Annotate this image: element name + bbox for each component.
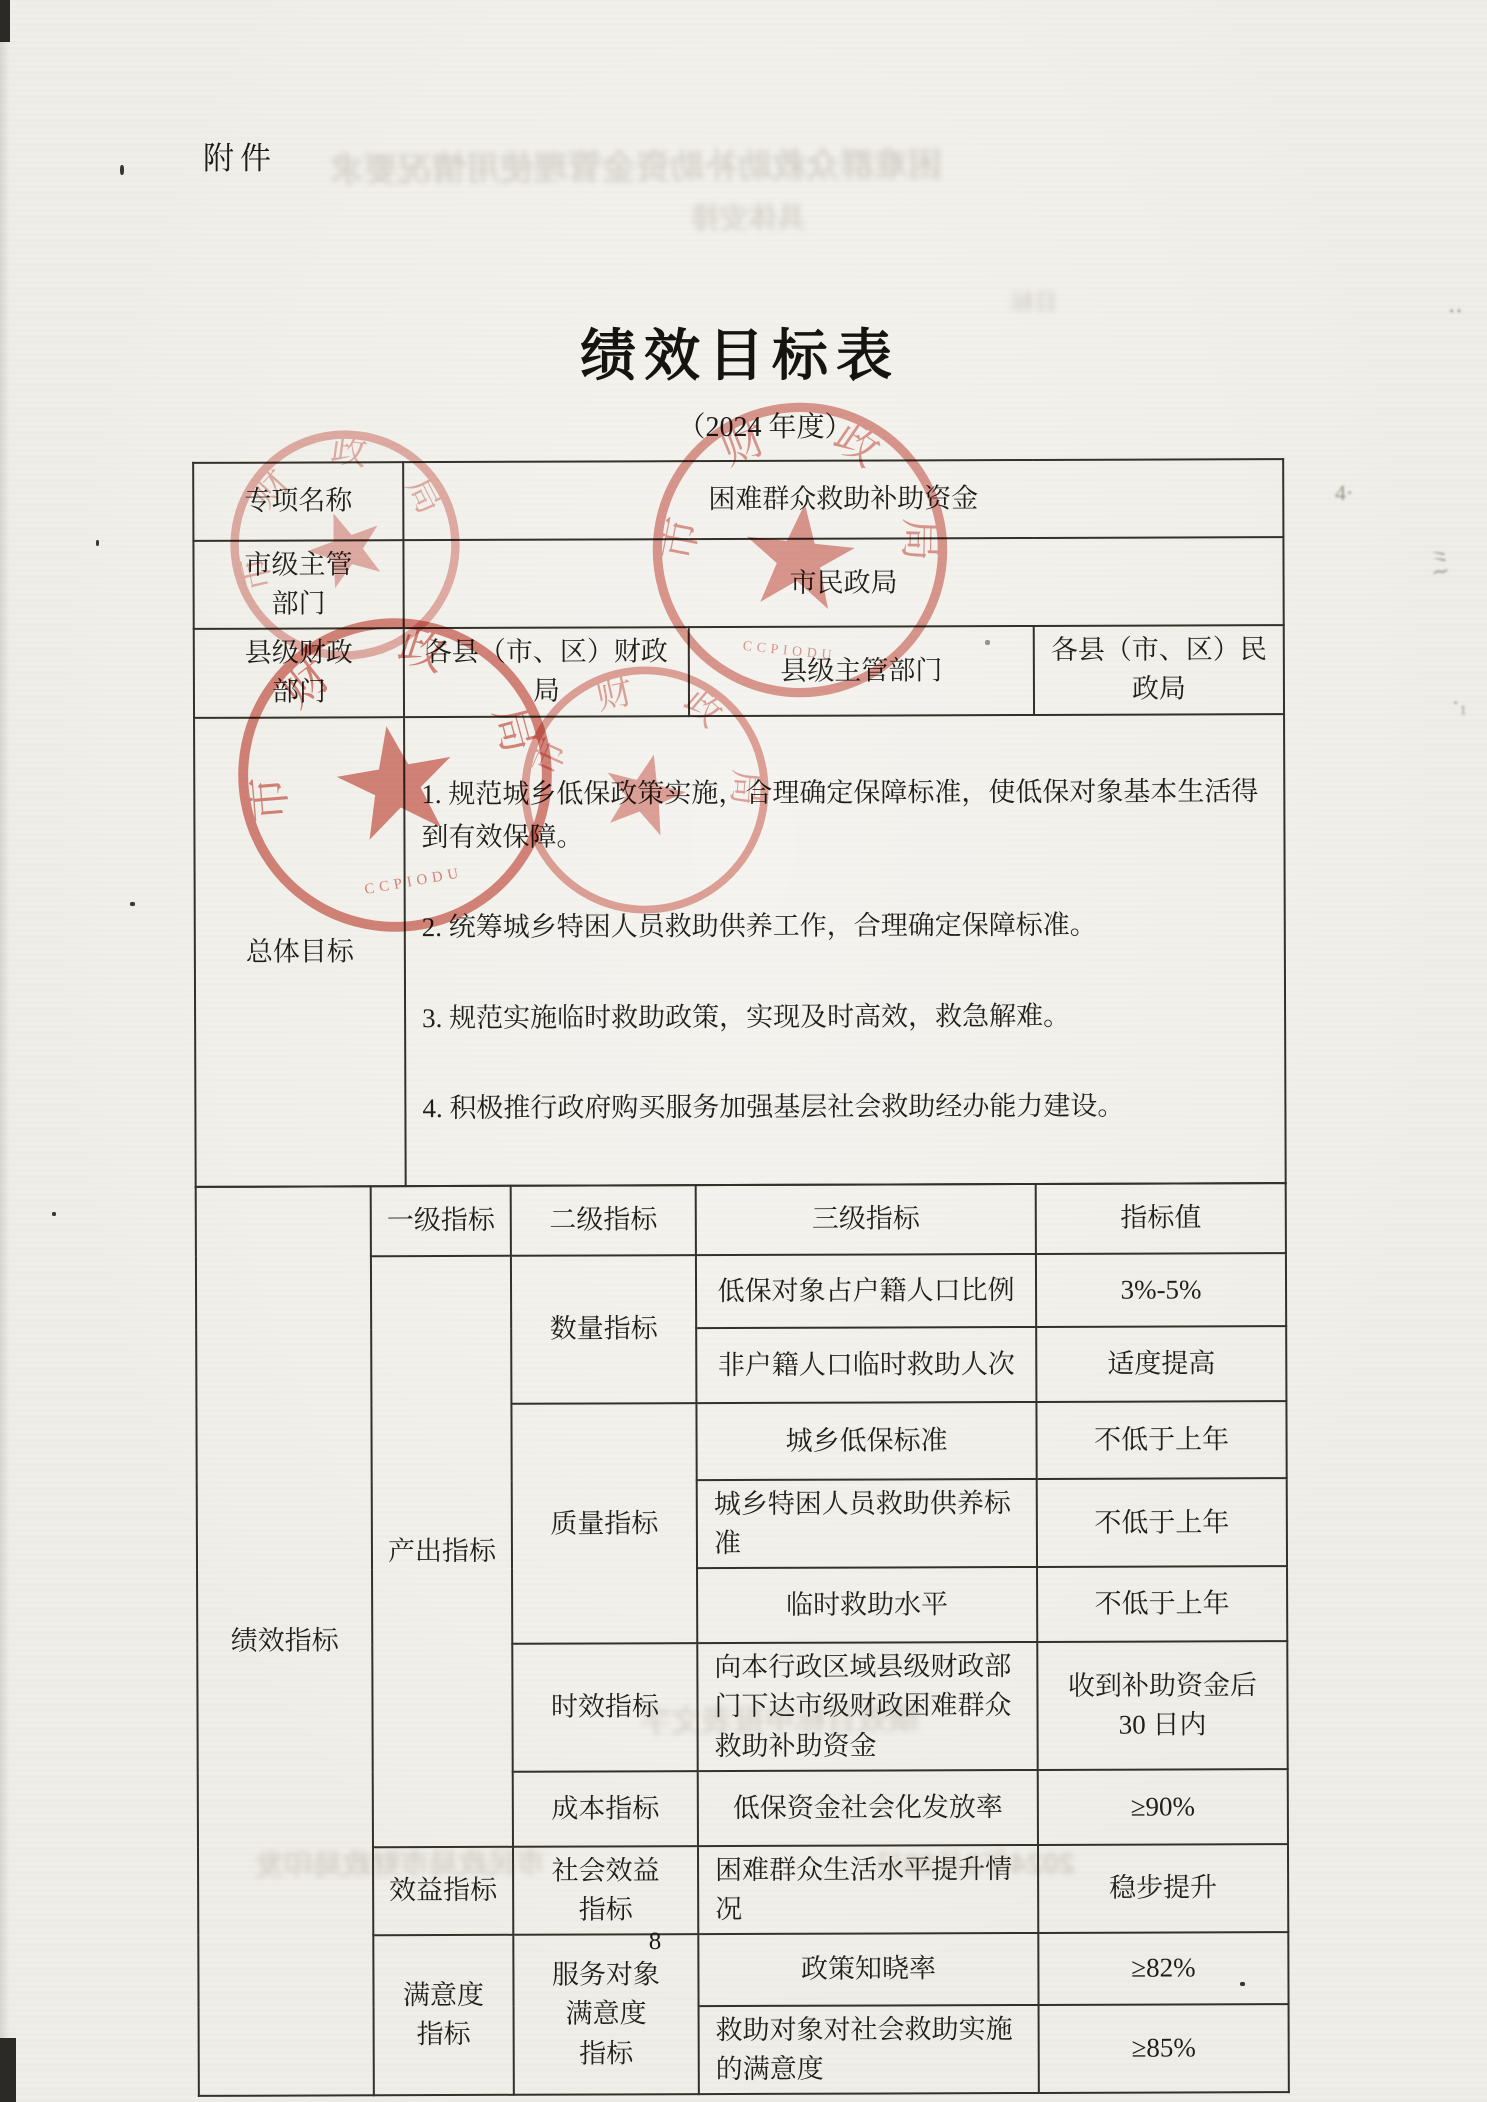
indicator-name: 城乡特困人员救助供养标准 <box>697 1479 1037 1568</box>
scan-corner-mark <box>0 0 10 42</box>
indicator-header-row: 绩效指标 一级指标 二级指标 三级指标 指标值 <box>196 1183 1286 1257</box>
scan-speck <box>96 540 99 546</box>
margin-mark: 4· <box>1335 480 1353 506</box>
county-department-value: 各县（市、区）民政局 <box>1034 625 1284 714</box>
goal-line: 3. 规范实施临时救助政策，实现及时高效，救急解难。 <box>422 994 1270 1040</box>
indicator-value: 稳步提升 <box>1038 1844 1288 1933</box>
city-department-value: 市民政局 <box>403 537 1283 628</box>
page-number: 8 <box>0 1928 1310 1956</box>
scan-speck <box>52 1212 56 1216</box>
scan-speck <box>130 902 135 906</box>
bleed-through-text: 具体安排 <box>690 195 806 237</box>
performance-target-table: 专项名称 困难群众救助补助资金 市级主管 部门 市民政局 县级财政 部门 各县（… <box>192 458 1288 2097</box>
indicator-name: 向本行政区域县级财政部门下达市级财政困难群众救助补助资金 <box>697 1642 1037 1771</box>
table-row: 市级主管 部门 市民政局 <box>193 537 1283 629</box>
goal-line: 2. 统筹城乡特困人员救助供养工作，合理确定保障标准。 <box>422 903 1270 949</box>
bleed-through-text: 困难群众救助补助资金管理使用情况要求 <box>330 137 942 191</box>
level2-cost: 成本指标 <box>513 1771 698 1847</box>
scan-speck <box>985 640 990 645</box>
indicator-name: 临时救助水平 <box>697 1567 1037 1643</box>
indicator-table: 绩效指标 一级指标 二级指标 三级指标 指标值 产出指标 数量指标 低保对象占户… <box>195 1182 1290 2097</box>
level2-quantity: 数量指标 <box>511 1255 697 1404</box>
overall-goal-label: 总体目标 <box>194 717 406 1188</box>
level2-timeliness: 时效指标 <box>512 1643 697 1771</box>
indicator-value: 不低于上年 <box>1036 1401 1286 1479</box>
indicator-name: 低保对象占户籍人口比例 <box>696 1254 1036 1328</box>
overall-goal-content: 1. 规范城乡低保政策实施，合理确定保障标准，使低保对象基本生活得到有效保障。 … <box>404 714 1286 1187</box>
indicator-value: 3%-5% <box>1036 1253 1286 1327</box>
table-row: 县级财政 部门 各县（市、区）财政局 县级主管部门 各县（市、区）民政局 <box>194 625 1284 717</box>
margin-mark: ‥ <box>1448 292 1463 318</box>
indicator-value: ≥85% <box>1039 2004 1289 2093</box>
goal-line: 4. 积极推行政府购买服务加强基层社会救助经办能力建设。 <box>422 1084 1270 1130</box>
header-value: 指标值 <box>1036 1183 1286 1254</box>
level2-quality: 质量指标 <box>511 1403 697 1644</box>
margin-mark: 〃≀ <box>1422 543 1458 578</box>
indicator-name: 非户籍人口临时救助人次 <box>696 1327 1036 1403</box>
scan-speck <box>1240 1982 1245 1986</box>
project-info-table: 专项名称 困难群众救助补助资金 市级主管 部门 市民政局 县级财政 部门 各县（… <box>192 458 1287 1188</box>
document-subtitle: （2024 年度） <box>0 405 1487 445</box>
indicator-value: 收到补助资金后 30 日内 <box>1037 1641 1287 1769</box>
indicator-value: 适度提高 <box>1036 1326 1286 1402</box>
level2-social-benefit: 社会效益 指标 <box>513 1846 698 1935</box>
scan-speck <box>120 165 124 175</box>
project-name-label: 专项名称 <box>193 462 403 541</box>
county-finance-label: 县级财政 部门 <box>194 628 404 717</box>
indicator-value: ≥90% <box>1038 1769 1288 1845</box>
indicator-name: 救助对象对社会救助实施的满意度 <box>699 2005 1039 2094</box>
project-name-value: 困难群众救助补助资金 <box>403 459 1283 540</box>
header-level3: 三级指标 <box>696 1184 1036 1255</box>
level1-benefit: 效益指标 <box>373 1846 513 1935</box>
scanned-page: 困难群众救助补助资金管理使用情况要求 具体安排 目标 绩效目标申报表文字 市民政… <box>0 0 1487 2102</box>
table-row: 专项名称 困难群众救助补助资金 <box>193 459 1283 541</box>
indicator-name: 城乡低保标准 <box>696 1402 1036 1480</box>
margin-mark: ·₁ <box>1452 690 1467 716</box>
table-row: 总体目标 1. 规范城乡低保政策实施，合理确定保障标准，使低保对象基本生活得到有… <box>194 714 1286 1188</box>
level2-service-satisfaction: 服务对象 满意度 指标 <box>513 1934 699 2095</box>
document-title: 绩效目标表 <box>0 312 1480 392</box>
attachment-label: 附件 <box>203 133 277 178</box>
county-department-label: 县级主管部门 <box>689 626 1034 715</box>
city-department-label: 市级主管 部门 <box>193 540 403 629</box>
goal-line: 1. 规范城乡低保政策实施，合理确定保障标准，使低保对象基本生活得到有效保障。 <box>421 770 1269 859</box>
indicator-name: 困难群众生活水平提升情况 <box>698 1845 1038 1934</box>
scan-corner-mark <box>0 2038 16 2102</box>
indicator-value: 不低于上年 <box>1037 1566 1287 1642</box>
performance-indicator-label: 绩效指标 <box>196 1186 374 2096</box>
indicator-name: 低保资金社会化发放率 <box>698 1770 1038 1846</box>
level1-satisfaction: 满意度 指标 <box>373 1935 514 2096</box>
header-level2: 二级指标 <box>511 1185 696 1256</box>
county-finance-value: 各县（市、区）财政局 <box>404 627 689 716</box>
level1-output: 产出指标 <box>371 1256 513 1847</box>
header-level1: 一级指标 <box>371 1186 511 1256</box>
indicator-value: 不低于上年 <box>1037 1478 1287 1567</box>
